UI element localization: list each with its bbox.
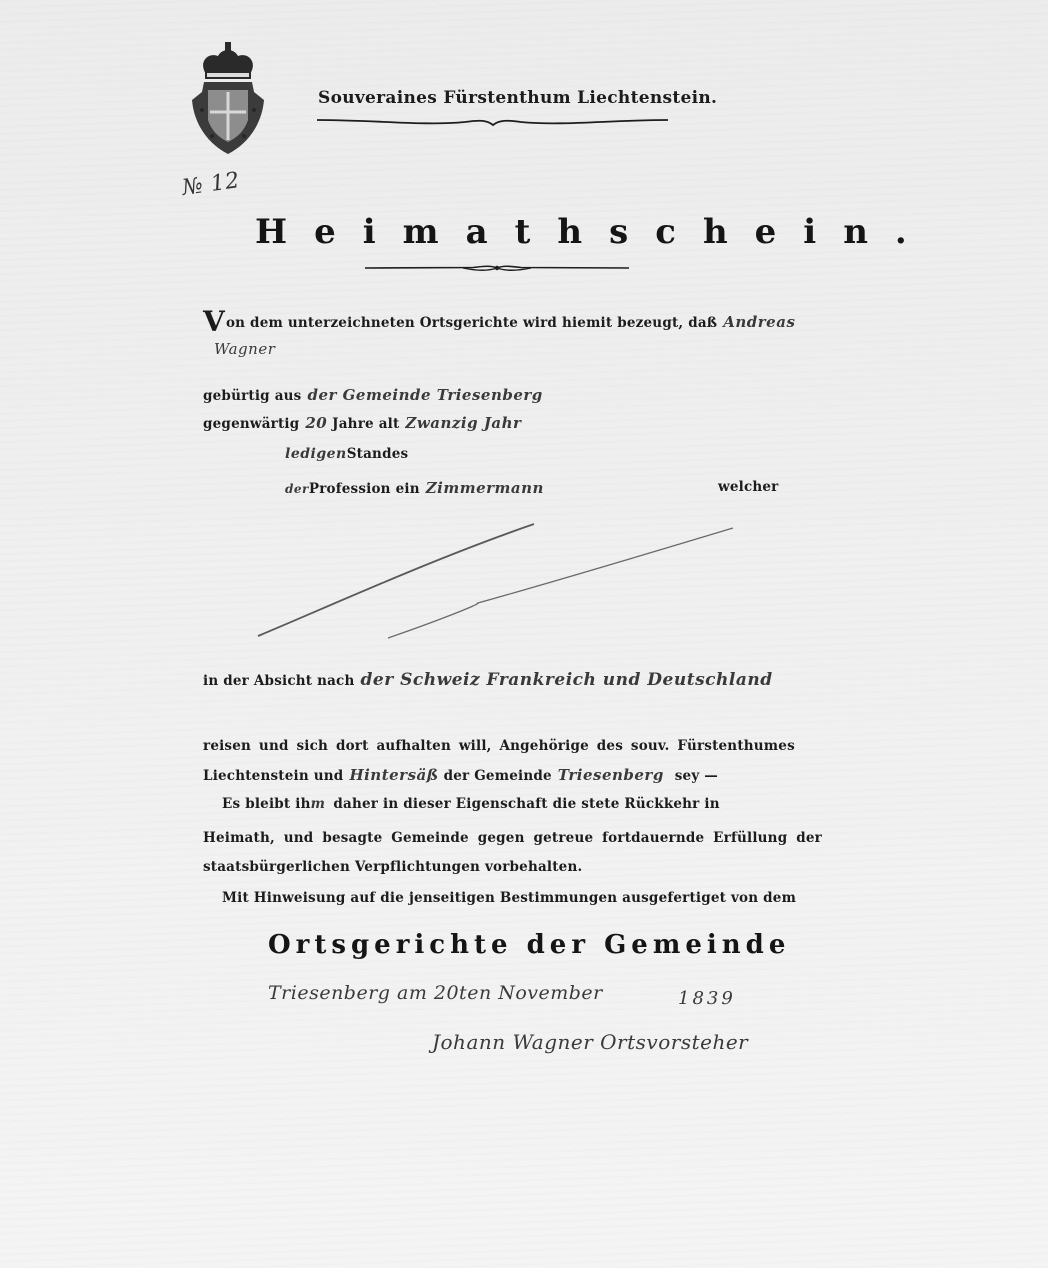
document-title: Heimathschein. bbox=[255, 212, 934, 252]
printed-text: Es bleibt ih bbox=[222, 796, 311, 812]
text-line-12: staatsbürgerlichen Verpflichtungen vorbe… bbox=[203, 859, 582, 875]
text-line-10: Es bleibt ihmdaher in dieser Eigenschaft… bbox=[222, 796, 720, 812]
handwritten-place-date: Triesenberg am 20ten November bbox=[268, 982, 603, 1004]
printed-text: in der Absicht nach bbox=[203, 673, 355, 689]
printed-text: gebürtig aus bbox=[203, 388, 301, 404]
printed-text: Liechtenstein und bbox=[203, 768, 343, 784]
handwritten-age-words: Zwanzig Jahr bbox=[405, 414, 521, 432]
handwritten-residency-status: Hintersäß bbox=[349, 766, 438, 784]
handwritten-article: der bbox=[285, 482, 309, 496]
text-line-13: Mit Hinweisung auf die jenseitigen Besti… bbox=[222, 890, 796, 906]
handwritten-pronoun-suffix: m bbox=[311, 796, 326, 812]
document-page bbox=[0, 0, 1048, 1268]
text-line-9: Liechtenstein undHintersäß der GemeindeT… bbox=[203, 766, 718, 784]
text-line-8: reisen und sich dort aufhalten will, Ang… bbox=[203, 738, 795, 754]
handwritten-given-name: Andreas bbox=[723, 313, 795, 331]
handwritten-age: 20 bbox=[305, 414, 327, 432]
handwritten-birthplace: der Gemeinde Triesenberg bbox=[307, 386, 542, 404]
printed-welcher: welcher bbox=[718, 479, 778, 495]
coat-of-arms-icon bbox=[182, 40, 274, 158]
text-line-age: gegenwärtig20 Jahre altZwanzig Jahr bbox=[203, 414, 521, 432]
printed-text: gegenwärtig bbox=[203, 416, 299, 432]
title-ornament-rule bbox=[363, 262, 631, 274]
text-line-destination: in der Absicht nachder Schweiz Frankreic… bbox=[203, 670, 773, 690]
handwritten-profession: Zimmermann bbox=[426, 479, 544, 497]
printed-text: on dem unterzeichneten Ortsgerichte wird… bbox=[226, 315, 717, 331]
text-line-status: ledigenStandes bbox=[285, 446, 408, 462]
printed-text: der Gemeinde bbox=[444, 768, 552, 784]
printed-text: Standes bbox=[347, 446, 409, 462]
text-line-1: Von dem unterzeichneten Ortsgerichte wir… bbox=[203, 308, 795, 336]
handwritten-year: 1839 bbox=[678, 988, 736, 1009]
printed-text: daher in dieser Eigenschaft die stete Rü… bbox=[333, 796, 719, 812]
header-ornament-rule bbox=[315, 114, 670, 128]
printed-text: sey — bbox=[675, 768, 718, 784]
handwritten-municipality: Triesenberg bbox=[558, 766, 664, 784]
drop-cap: V bbox=[203, 305, 225, 338]
printed-text: Jahre alt bbox=[332, 416, 399, 432]
handwritten-marital-status: ledigen bbox=[285, 446, 347, 462]
handwritten-surname: Wagner bbox=[214, 340, 275, 358]
printed-text: Profession ein bbox=[309, 481, 420, 497]
handwritten-destination: der Schweiz Frankreich und Deutschland bbox=[361, 670, 773, 690]
handwritten-signature: Johann Wagner Ortsvorsteher bbox=[432, 1030, 748, 1054]
court-heading: Ortsgerichte der Gemeinde bbox=[268, 930, 790, 960]
text-line-profession: derProfession einZimmermann bbox=[285, 479, 544, 497]
header-title: Souveraines Fürstenthum Liechtenstein. bbox=[318, 88, 717, 108]
text-line-birthplace: gebürtig ausder Gemeinde Triesenberg bbox=[203, 386, 543, 404]
text-line-11: Heimath, und besagte Gemeinde gegen getr… bbox=[203, 830, 822, 846]
